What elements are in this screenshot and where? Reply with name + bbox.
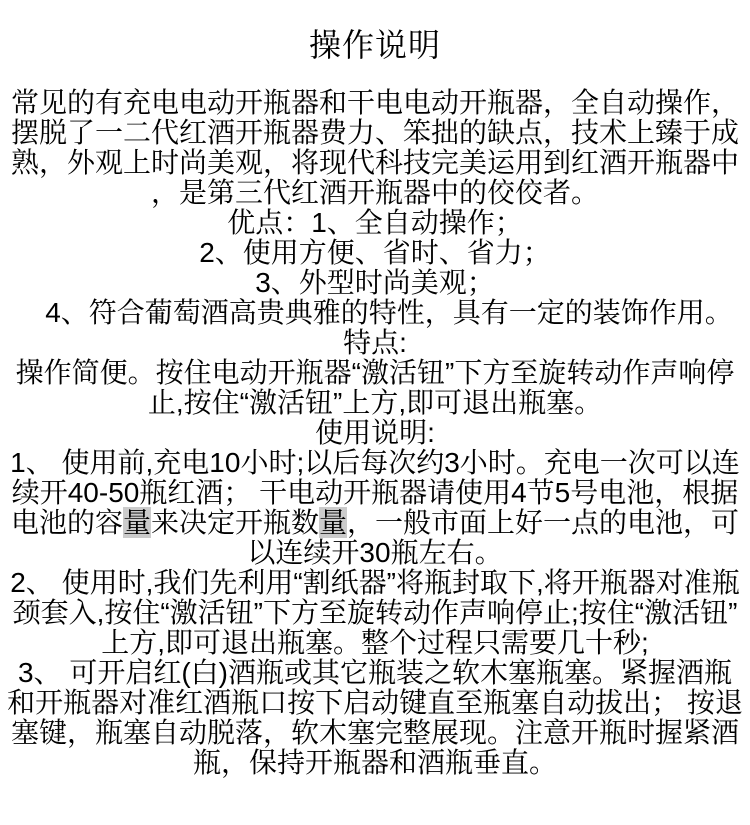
text-segment: 来决定开瓶数 — [151, 507, 319, 538]
intro-line-4: ，是第三代红酒开瓶器中的佼佼者。 — [0, 178, 750, 208]
advantage-item-4: 4、符合葡萄酒高贵典雅的特性，具有一定的装饰作用。 — [0, 298, 750, 328]
usage-step-1-line-3: 电池的容量来决定开瓶数量，一般市面上好一点的电池，可 — [0, 508, 750, 538]
usage-step-2-line-3: 上方,即可退出瓶塞。整个过程只需要几十秒; — [0, 628, 750, 658]
usage-heading: 使用说明: — [0, 418, 750, 448]
usage-step-1-line-4: 以连续开30瓶左右。 — [0, 538, 750, 568]
intro-line-2: 摆脱了一二代红酒开瓶器费力、笨拙的缺点，技术上臻于成 — [0, 118, 750, 148]
highlighted-char: 量 — [123, 507, 151, 538]
advantage-item-3: 3、外型时尚美观； — [0, 268, 750, 298]
usage-step-2-line-2: 颈套入,按住“激活钮”下方至旋转动作声响停止;按住“激活钮” — [0, 598, 750, 628]
highlighted-char: 量 — [319, 507, 347, 538]
intro-line-3: 熟，外观上时尚美观，将现代科技完美运用到红酒开瓶器中 — [0, 148, 750, 178]
features-line-1: 操作简便。按住电动开瓶器“激活钮”下方至旋转动作声响停 — [0, 358, 750, 388]
usage-step-1-line-1: 1、 使用前,充电10小时;以后每次约3小时。充电一次可以连 — [0, 448, 750, 478]
usage-step-1-line-2: 续开40-50瓶红酒； 干电动开瓶器请使用4节5号电池，根据 — [0, 478, 750, 508]
text-segment: ，一般市面上好一点的电池，可 — [347, 507, 739, 538]
usage-step-3-line-1: 3、 可开启红(白)酒瓶或其它瓶装之软木塞瓶塞。紧握酒瓶 — [0, 658, 750, 688]
usage-step-3-line-4: 瓶，保持开瓶器和酒瓶垂直。 — [0, 748, 750, 778]
instructions-page: 操作说明 常见的有充电电动开瓶器和干电电动开瓶器，全自动操作， 摆脱了一二代红酒… — [0, 0, 750, 825]
page-title: 操作说明 — [0, 24, 750, 66]
features-heading: 特点: — [0, 328, 750, 358]
features-line-2: 止,按住“激活钮”上方,即可退出瓶塞。 — [0, 388, 750, 418]
advantage-item-2: 2、使用方便、省时、省力； — [0, 238, 750, 268]
intro-line-1: 常见的有充电电动开瓶器和干电电动开瓶器，全自动操作， — [0, 88, 750, 118]
advantages-heading-item-1: 优点：1、全自动操作； — [0, 208, 750, 238]
usage-step-2-line-1: 2、 使用时,我们先利用“割纸器”将瓶封取下,将开瓶器对准瓶 — [0, 568, 750, 598]
usage-step-3-line-2: 和开瓶器对准红酒瓶口按下启动键直至瓶塞自动拔出； 按退 — [0, 688, 750, 718]
text-segment: 电池的容 — [11, 507, 123, 538]
usage-step-3-line-3: 塞键，瓶塞自动脱落，软木塞完整展现。注意开瓶时握紧酒 — [0, 718, 750, 748]
instructions-body: 常见的有充电电动开瓶器和干电电动开瓶器，全自动操作， 摆脱了一二代红酒开瓶器费力… — [0, 88, 750, 778]
